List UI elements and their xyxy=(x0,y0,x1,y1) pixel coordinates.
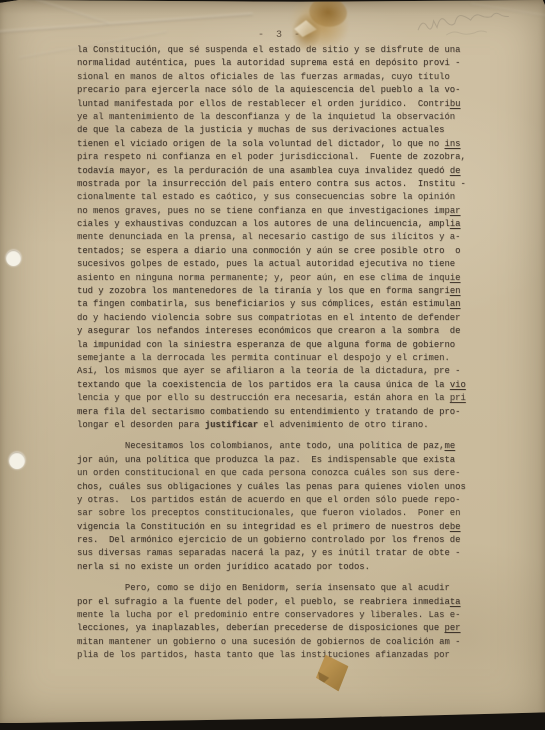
paragraph: Necesitamos los colombianos, ante todo, … xyxy=(77,440,481,574)
document-line: ye al mantenimiento de la desconfianza y… xyxy=(77,111,481,124)
document-line: Así, los mismos que ayer se afiliaron a … xyxy=(77,365,481,378)
document-line: sus diversas ramas separadas nacerá la p… xyxy=(77,547,481,560)
document-line: tienen el viciado origen de la sola volu… xyxy=(77,138,481,151)
tape-stain-flap xyxy=(293,18,318,38)
document-line: lencia y que por ello su destrucción era… xyxy=(77,392,481,405)
document-line: res. Del armónico ejercicio de un gobier… xyxy=(77,534,481,547)
document-text: la Constitución, que sé suspenda el esta… xyxy=(77,44,481,663)
document-line: mera fila del sectarismo combatiendo su … xyxy=(77,406,481,419)
document-line: lecciones, ya inaplazables, deberían pre… xyxy=(77,622,481,635)
document-line: no menos graves, pues no se tiene confia… xyxy=(77,205,481,218)
document-line: un orden constitucional en que cada pers… xyxy=(77,467,481,480)
document-line: mitan mantener un gobierno o una sucesió… xyxy=(77,636,481,649)
document-line: Pero, como se dijo en Benidorm, sería in… xyxy=(77,582,481,595)
document-line: Necesitamos los colombianos, ante todo, … xyxy=(77,440,481,453)
document-line: normalidad auténtica, pues la autoridad … xyxy=(77,57,481,70)
document-line: de que la cabeza de la justicia y muchas… xyxy=(77,124,481,137)
document-line: jor aún, una política que produzca la pa… xyxy=(77,454,481,467)
document-line: pira respeto ni confianza en el poder ju… xyxy=(77,151,481,164)
document-line: todavía mayor, es la perduración de una … xyxy=(77,165,481,178)
punch-hole xyxy=(9,452,25,469)
document-line: ciales y exhaustivas conduzcan a los aut… xyxy=(77,218,481,231)
scanned-page: - 3 - la Constitución, que sé suspenda e… xyxy=(0,0,545,730)
document-line: la Constitución, que sé suspenda el esta… xyxy=(77,44,481,57)
document-line: luntad manifestada por ellos de restable… xyxy=(77,98,481,111)
document-line: sar sobre los preceptos constitucionales… xyxy=(77,507,481,520)
paragraph: Pero, como se dijo en Benidorm, sería in… xyxy=(77,582,481,662)
document-line: sional en manos de altos oficiales de la… xyxy=(77,71,481,84)
document-line: sucesivos golpes de estado, pues la actu… xyxy=(77,258,481,271)
document-line: mente denunciada en la prensa, al necesa… xyxy=(77,231,481,244)
document-line: tentados; se espera a diario una conmoci… xyxy=(77,245,481,258)
document-line: plia de los partidos, hasta tanto que la… xyxy=(77,649,481,662)
document-line: vigencia la Constitución en su integrida… xyxy=(77,521,481,534)
document-line: y asegurar los nefandos intereses económ… xyxy=(77,325,481,338)
paper-crease xyxy=(0,0,109,24)
document-line: mostrada por la insurrección del país en… xyxy=(77,178,481,191)
document-line: cionalmente tal estado es caótico, y sus… xyxy=(77,191,481,204)
document-line: longar el desorden para justificar el ad… xyxy=(77,419,481,432)
document-line: ta fingen combatirla, sus beneficiarios … xyxy=(77,298,481,311)
scan-background-strip xyxy=(0,723,545,730)
document-line: y otras. Los partidos están de acuerdo e… xyxy=(77,494,481,507)
document-line: nerla si no existe un orden jurídico aca… xyxy=(77,561,481,574)
paper-crease xyxy=(0,13,253,34)
document-line: precario para ejercerla nace sólo de la … xyxy=(77,84,481,97)
paper-sheet: - 3 - la Constitución, que sé suspenda e… xyxy=(0,0,545,724)
pencil-annotation-icon xyxy=(411,2,535,49)
document-line: por el sufragio a la fuente del poder, e… xyxy=(77,596,481,609)
document-line: do y haciendo violencia sobre sus compat… xyxy=(77,312,481,325)
paragraph: la Constitución, que sé suspenda el esta… xyxy=(77,44,481,432)
document-line: la impunidad con la siniestra esperanza … xyxy=(77,339,481,352)
document-line: textando que la coexistencia de los part… xyxy=(77,379,481,392)
tape-stain-fold xyxy=(316,672,330,688)
document-line: asiento en ninguna norma permanente; y, … xyxy=(77,272,481,285)
document-line: semejante a la derrocada les permita con… xyxy=(77,352,481,365)
document-line: tud y zozobra los mantenedores de la tir… xyxy=(77,285,481,298)
document-line: chos, cuáles sus obligaciones y cuáles l… xyxy=(77,481,481,494)
document-line: mente la lucha por el predominio entre c… xyxy=(77,609,481,622)
punch-hole xyxy=(6,250,21,266)
